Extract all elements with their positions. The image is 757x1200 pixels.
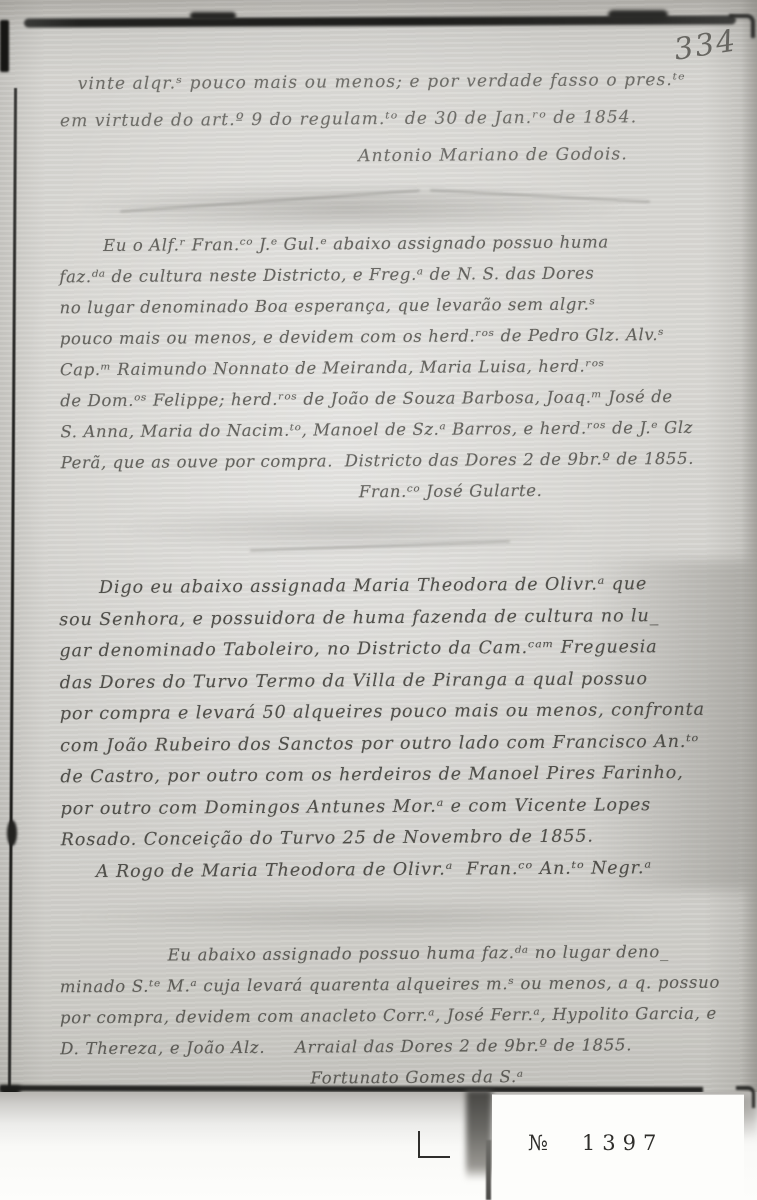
manuscript-line: sou Senhora, e possuidora de huma fazend… <box>59 600 719 636</box>
top-edge-smudge <box>190 12 236 20</box>
manuscript-line: de Dom.ᵒˢ Felippe; herd.ʳᵒˢ de João de S… <box>60 381 720 417</box>
record-closing-note: vinte alqr.ˢ pouco mais ou menos; e por … <box>60 62 721 178</box>
right-scan-edge <box>741 0 757 1093</box>
crop-corner-mark <box>418 1131 450 1158</box>
manuscript-line: de Castro, por outro com os herdeiros de… <box>60 758 720 794</box>
numero-symbol: № <box>528 1131 548 1155</box>
manuscript-line: minado S.ᵗᵉ M.ᵃ cuja levará quarenta alq… <box>60 967 720 1003</box>
manuscript-line: Cap.ᵐ Raimundo Nonnato de Meiranda, Mari… <box>60 350 720 386</box>
manuscript-line: Eu o Alf.ʳ Fran.ᶜᵒ J.ᵉ Gul.ᵉ abaixo assi… <box>103 226 719 261</box>
record-declaration-theodora: Digo eu abaixo assignada Maria Theodora … <box>59 569 721 889</box>
manuscript-line: por compra e levará 50 alqueires pouco m… <box>60 695 720 731</box>
manuscript-line: vinte alqr.ˢ pouco mais ou menos; e por … <box>78 62 720 103</box>
top-left-corner-mark <box>0 20 9 72</box>
manuscript-line: das Dores do Turvo Termo da Villa de Pir… <box>60 663 720 699</box>
manuscript-line: S. Anna, Maria do Nacim.ᵗᵒ, Manoel de Sz… <box>60 412 720 448</box>
manuscript-line: por compra, devidem com anacleto Corr.ᵃ,… <box>60 998 720 1034</box>
record-declaration-fortunato: Eu abaixo assignado possuo huma faz.ᵈᵃ n… <box>59 936 720 1096</box>
registration-number: 1397 <box>582 1131 663 1155</box>
manuscript-line: Digo eu abaixo assignada Maria Theodora … <box>99 569 719 605</box>
manuscript-line: em virtude do art.º 9 do regulam.ᵗᵒ de 3… <box>60 99 720 141</box>
manuscript-line: com João Rubeiro dos Sanctos por outro l… <box>60 726 720 762</box>
record-declaration-gularte: Eu o Alf.ʳ Fran.ᶜᵒ J.ᵉ Gul.ᵉ abaixo assi… <box>59 226 721 510</box>
signature: Antonio Mariano de Godois. <box>358 136 720 176</box>
scanned-manuscript-page: 334 vinte alqr.ˢ pouco mais ou menos; e … <box>0 0 757 1200</box>
top-edge-smudge <box>608 10 668 20</box>
manuscript-line: Perã, que as ouve por compra. Districto … <box>61 443 721 479</box>
manuscript-line: Eu abaixo assignado possuo huma faz.ᵈᵃ n… <box>167 936 719 971</box>
manuscript-line: por outro com Domingos Antunes Mor.ᵃ e c… <box>60 789 720 825</box>
manuscript-line: pouco mais ou menos, e devidem com os he… <box>60 319 720 355</box>
binding-ink-blob <box>7 820 17 846</box>
registration-number-stamp: №1397 <box>528 1131 663 1155</box>
manuscript-line: Rosado. Conceição do Turvo 25 de Novembr… <box>61 821 721 857</box>
attestation-signature: A Rogo de Maria Theodora de Olivr.ᵃ Fran… <box>96 852 721 888</box>
signature: Fran.ᶜᵒ José Gularte. <box>359 474 721 508</box>
registration-slip: №1397 <box>492 1094 744 1200</box>
manuscript-line: D. Thereza, e João Alz. Arraial das Dore… <box>60 1029 720 1065</box>
manuscript-line: no lugar denominado Boa esperança, que l… <box>59 288 719 324</box>
manuscript-line: faz.ᵈᵃ de cultura neste Districto, e Fre… <box>59 257 719 293</box>
manuscript-line: gar denominado Taboleiro, no Districto d… <box>59 632 719 668</box>
smudge-line <box>486 1140 491 1200</box>
